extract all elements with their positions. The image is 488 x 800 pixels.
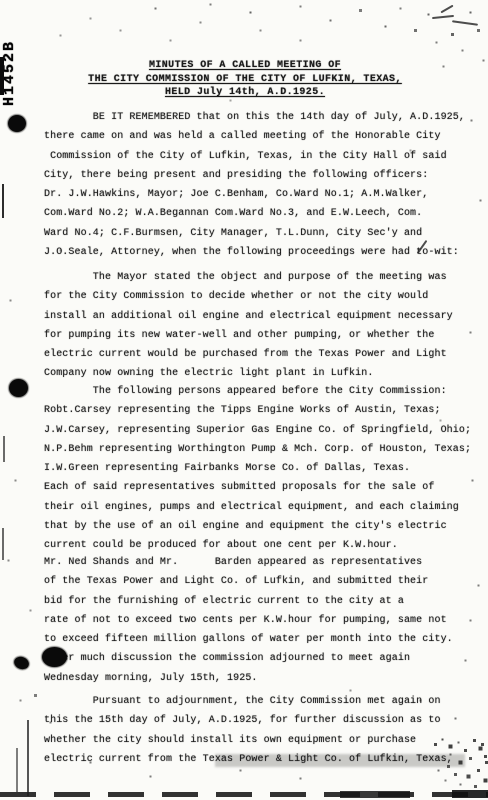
pencil-mark	[452, 20, 478, 26]
paragraph-representatives: The following persons appeared before th…	[44, 382, 470, 556]
text-line: electric current would be purchased from…	[44, 345, 470, 364]
text-line: N.P.Behm representing Worthington Pump &…	[44, 440, 470, 459]
ink-blob	[8, 115, 26, 132]
text-line: The Mayor stated the object and purpose …	[44, 268, 470, 287]
page-bottom-edge-segment	[340, 791, 410, 798]
text-line: rate of not to exceed two cents per K.W.…	[44, 611, 470, 630]
text-line: THE CITY COMMISSION OF THE CITY OF LUFKI…	[50, 73, 440, 87]
scan-noise-cluster	[430, 736, 431, 737]
ink-smudge	[215, 754, 465, 767]
ink-blob	[12, 655, 30, 671]
text-line: Each of said representatives submitted p…	[44, 478, 470, 497]
pencil-mark	[440, 5, 453, 14]
pencil-mark	[432, 15, 454, 19]
text-line: The following persons appeared before th…	[44, 382, 470, 401]
text-line: Dr. J.W.Hawkins, Mayor; Joe C.Benham, Co…	[44, 185, 470, 204]
text-line: Robt.Carsey representing the Tipps Engin…	[44, 401, 470, 420]
text-line: BE IT REMEMBERED that on this the 14th d…	[44, 108, 470, 127]
scan-artifact-line	[2, 184, 4, 218]
paragraph-opening: BE IT REMEMBERED that on this the 14th d…	[44, 108, 470, 262]
scan-artifact-line	[2, 528, 4, 560]
text-line: J.O.Seale, Attorney, when the following …	[44, 243, 470, 262]
text-line: their oil engines, pumps and electrical …	[44, 498, 470, 517]
text-line: bid for the furnishing of electric curre…	[44, 592, 470, 611]
text-line: this the 15th day of July, A.D.1925, for…	[44, 711, 470, 730]
text-line: City, there being present and presiding …	[44, 166, 470, 185]
text-line: Company now owning the electric light pl…	[44, 364, 470, 383]
ink-blob	[42, 647, 67, 667]
scanned-document-page: H1452B MINUTES OF A CALLED MEETING OFTHE…	[0, 0, 488, 800]
text-line: Mr. Ned Shands and Mr. Barden appeared a…	[44, 553, 470, 572]
scan-edge-bar	[0, 57, 4, 95]
text-line: Commission of the City of Lufkin, Texas,…	[44, 147, 470, 166]
paragraph-power-company-bid: Mr. Ned Shands and Mr. Barden appeared a…	[44, 553, 470, 688]
text-line: that by the use of an oil engine and equ…	[44, 517, 470, 536]
page-bottom-edge	[0, 792, 488, 797]
text-line: whether the city should install its own …	[44, 731, 470, 750]
text-line: for the City Commission to decide whethe…	[44, 287, 470, 306]
ink-blob	[9, 379, 28, 397]
paragraph-purpose: The Mayor stated the object and purpose …	[44, 268, 470, 384]
scan-artifact-line	[3, 436, 5, 462]
text-line: install an additional oil engine and ele…	[44, 307, 470, 326]
text-line: to exceed fifteen million gallons of wat…	[44, 630, 470, 649]
scan-artifact-line	[27, 720, 29, 796]
text-line: After much discussion the commission adj…	[44, 649, 470, 668]
text-line: MINUTES OF A CALLED MEETING OF	[50, 59, 440, 73]
text-line: J.W.Carsey, representing Superior Gas En…	[44, 421, 470, 440]
text-line: HELD July 14th, A.D.1925.	[50, 86, 440, 100]
text-line: of the Texas Power and Light Co. of Lufk…	[44, 572, 470, 591]
scan-artifact-line	[16, 748, 18, 792]
page-bottom-edge-segment	[452, 790, 488, 798]
text-line: I.W.Green representing Fairbanks Morse C…	[44, 459, 470, 478]
text-line: Pursuant to adjournment, the City Commis…	[44, 692, 470, 711]
text-line: Com.Ward No.2; W.A.Begannan Com.Ward No.…	[44, 204, 470, 223]
text-line: for pumping its new water-well and other…	[44, 326, 470, 345]
scan-noise-speckles	[0, 0, 1, 1]
text-line: Ward No.4; C.F.Burmsen, City Manager, T.…	[44, 224, 470, 243]
document-title: MINUTES OF A CALLED MEETING OFTHE CITY C…	[50, 59, 440, 100]
text-line: Wednesday morning, July 15th, 1925.	[44, 669, 470, 688]
text-line: there came on and was held a called meet…	[44, 127, 470, 146]
